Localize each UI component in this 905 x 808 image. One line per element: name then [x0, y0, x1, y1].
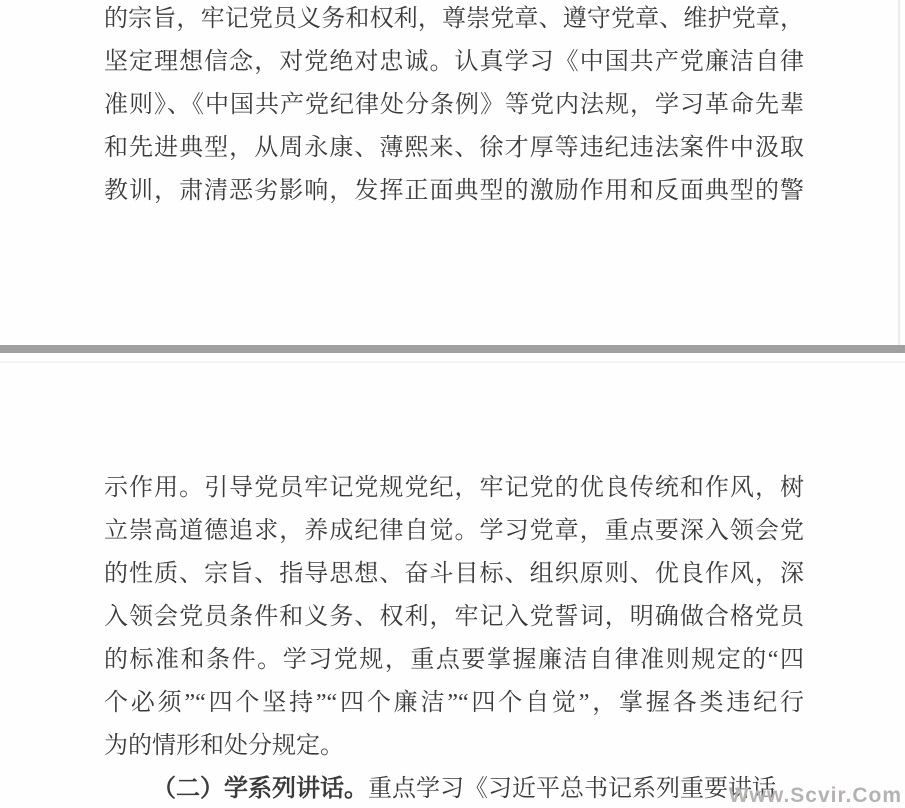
text-line: 立崇高道德追求，养成纪律自觉。学习党章，重点要深入领会党	[104, 510, 804, 553]
text-line: 为的情形和处分规定。	[104, 725, 804, 768]
text-line: 教训，肃清恶劣影响，发挥正面典型的激励作用和反面典型的警	[104, 170, 804, 213]
text-line: 和先进典型，从周永康、薄熙来、徐才厚等违纪违法案件中汲取	[104, 127, 804, 170]
page-2-text-block: 示作用。引导党员牢记党规党纪，牢记党的优良传统和作风，树 立崇高道德追求，养成纪…	[104, 467, 804, 808]
paragraph-text: 重点学习《习近平总书记系列重要讲话	[368, 776, 776, 802]
text-line: 的性质、宗旨、指导思想、奋斗目标、组织原则、优良作风，深	[104, 553, 804, 596]
text-line: 的宗旨，牢记党员义务和权利，尊崇党章、遵守党章、维护党章，	[104, 0, 804, 41]
watermark-text: Www.Scvir.Com	[729, 784, 902, 808]
text-line: 坚定理想信念，对党绝对忠诚。认真学习《中国共产党廉洁自律	[104, 41, 804, 84]
page-edge-artifact	[898, 0, 900, 345]
paragraph-heading-line: （二）学系列讲话。重点学习《习近平总书记系列重要讲话	[104, 768, 804, 808]
text-line: 个必须”“四个坚持”“四个廉洁”“四个自觉”，掌握各类违纪行	[104, 682, 804, 725]
text-line: 示作用。引导党员牢记党规党纪，牢记党的优良传统和作风，树	[104, 467, 804, 510]
page-1-text-block: 的宗旨，牢记党员义务和权利，尊崇党章、遵守党章、维护党章， 坚定理想信念，对党绝…	[104, 0, 804, 213]
paragraph-heading: （二）学系列讲话。	[152, 776, 368, 802]
text-line: 准则》、《中国共产党纪律处分条例》等党内法规，学习革命先辈	[104, 84, 804, 127]
text-line: 的标准和条件。学习党规，重点要掌握廉洁自律准则规定的“四	[104, 639, 804, 682]
page-separator-bar	[0, 345, 905, 353]
text-line: 入领会党员条件和义务、权利，牢记入党誓词，明确做合格党员	[104, 596, 804, 639]
scanned-document-viewer: 的宗旨，牢记党员义务和权利，尊崇党章、遵守党章、维护党章， 坚定理想信念，对党绝…	[0, 0, 905, 808]
page-separator-shadow	[0, 361, 905, 363]
